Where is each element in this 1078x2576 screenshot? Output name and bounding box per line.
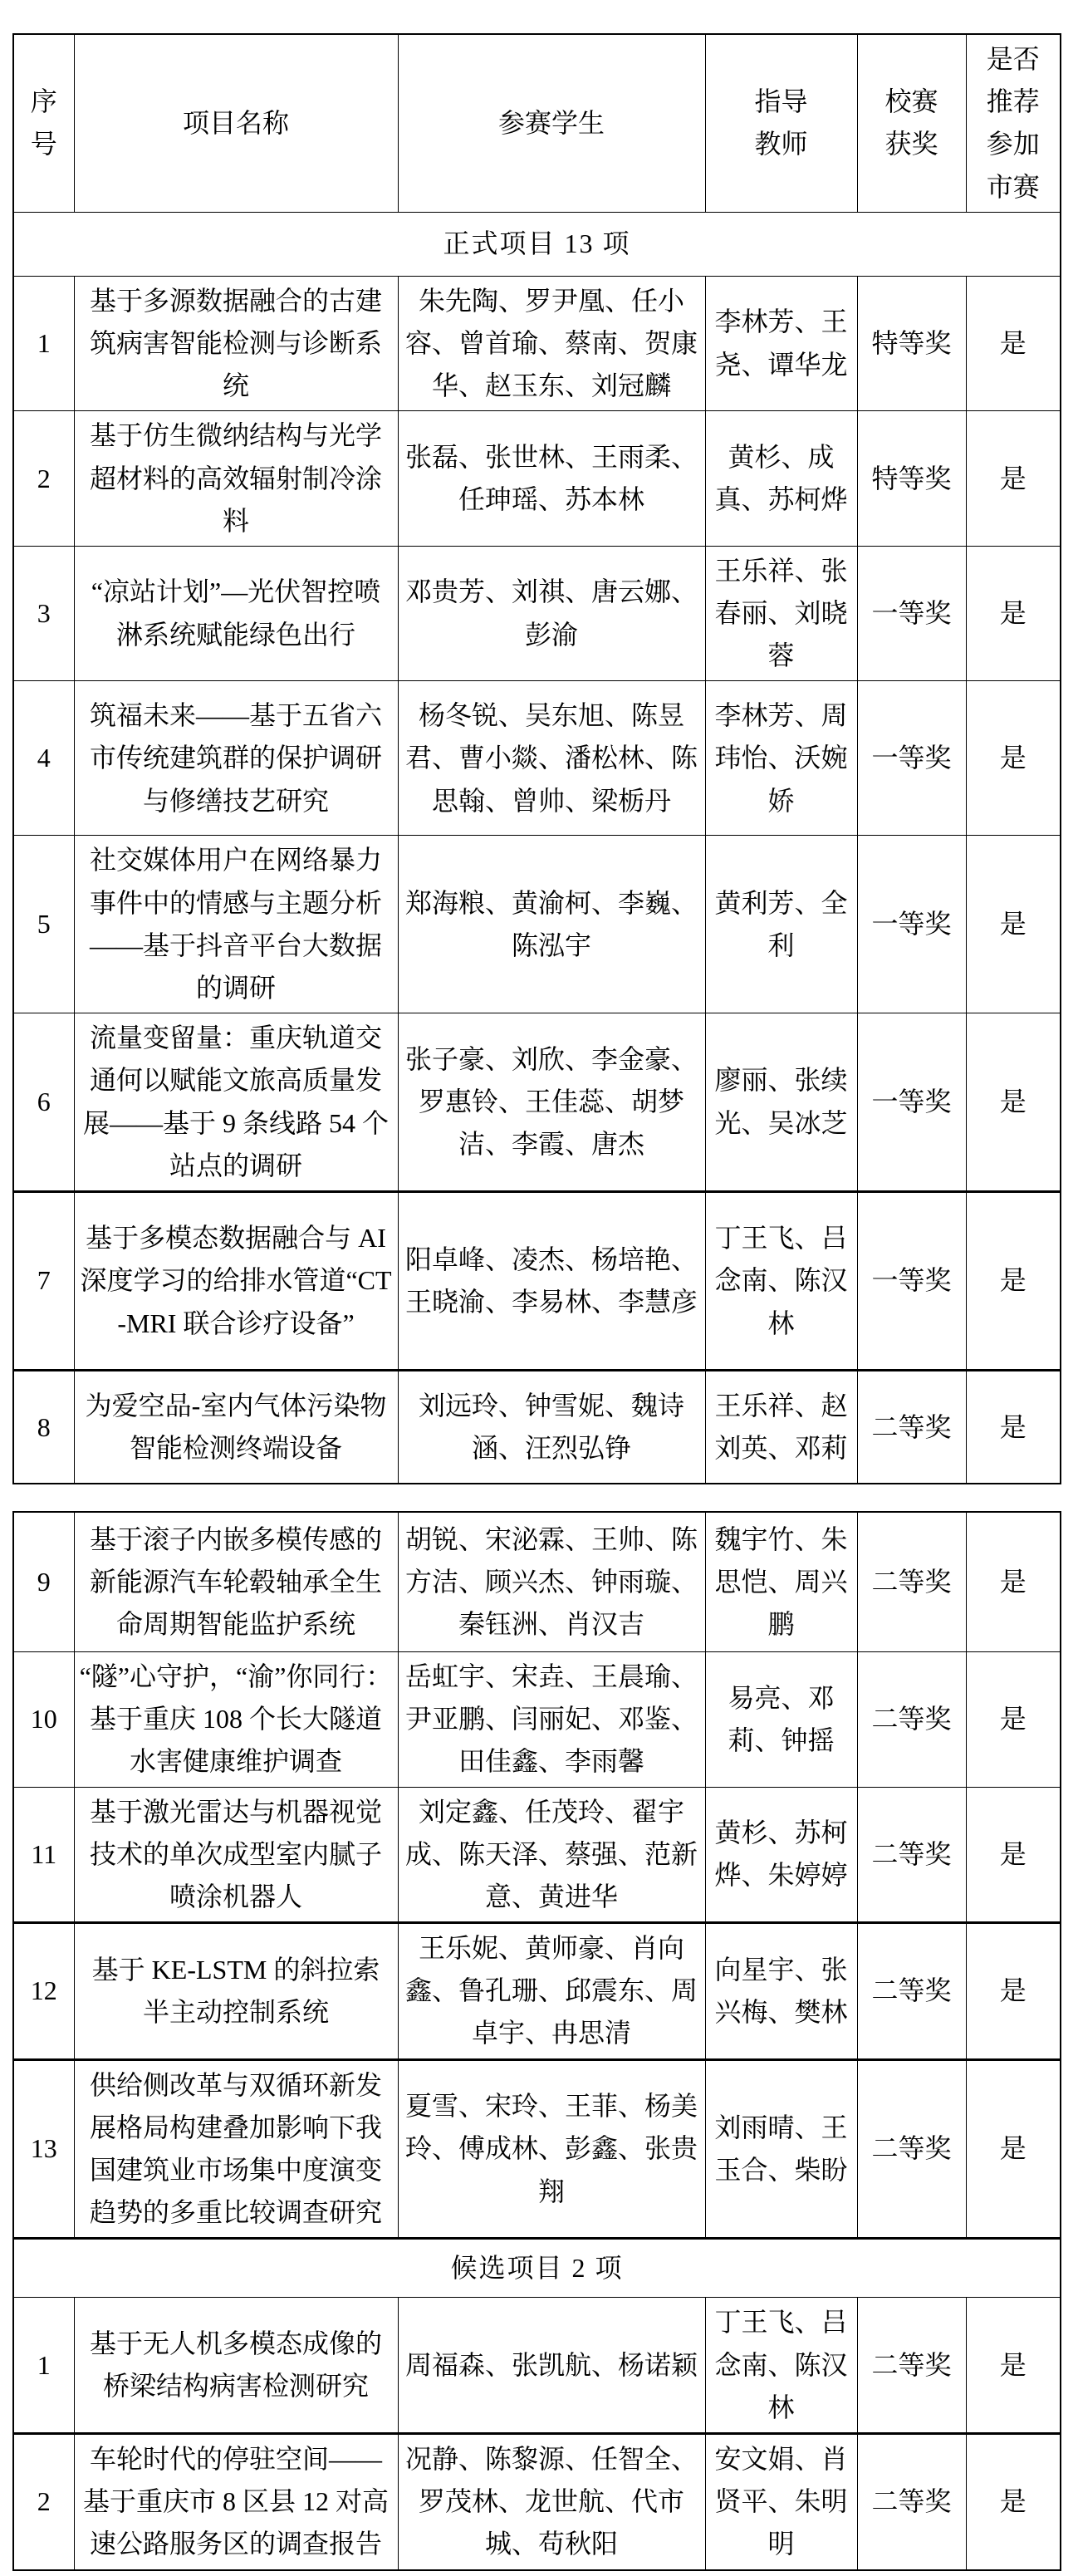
cell-recommend: 是 [966,2433,1061,2569]
awards-table-part1: 序 号 项目名称 参赛学生 指导 教师 校赛 获奖 是否 推荐 参加 市赛 正式… [12,33,1061,1484]
cell-teachers: 魏宇竹、朱思恺、周兴鹏 [705,1512,857,1651]
cell-recommend: 是 [966,1651,1061,1787]
cell-no: 4 [13,681,74,836]
cell-award: 一等奖 [857,1013,966,1192]
cell-project-name: 为爱空品-室内气体污染物智能检测终端设备 [74,1370,398,1484]
cell-award: 一等奖 [857,681,966,836]
cell-teachers: 黄利芳、全利 [705,836,857,1013]
cell-no: 3 [13,546,74,681]
table-row: 7 基于多模态数据融合与 AI 深度学习的给排水管道“CT-MRI 联合诊疗设备… [13,1191,1061,1370]
cell-teachers: 廖丽、张续光、吴冰芝 [705,1013,857,1192]
cell-no: 2 [13,2433,74,2569]
table-row: 8 为爱空品-室内气体污染物智能检测终端设备 刘远玲、钟雪妮、魏诗涵、汪烈弘铮 … [13,1370,1061,1484]
cell-award: 二等奖 [857,1370,966,1484]
cell-students: 邓贵芳、刘祺、唐云娜、彭渝 [398,546,705,681]
table-row: 12 基于 KE-LSTM 的斜拉索半主动控制系统 王乐妮、黄师豪、肖向鑫、鲁孔… [13,1923,1061,2060]
table-row: 1 基于多源数据融合的古建筑病害智能检测与诊断系统 朱先陶、罗尹凰、任小容、曾首… [13,276,1061,411]
cell-project-name: 基于滚子内嵌多模传感的新能源汽车轮毂轴承全生命周期智能监护系统 [74,1512,398,1651]
cell-no: 10 [13,1651,74,1787]
cell-award: 二等奖 [857,1923,966,2060]
table-row: 4 筑福未来——基于五省六市传统建筑群的保护调研与修缮技艺研究 杨冬锐、吴东旭、… [13,681,1061,836]
cell-recommend: 是 [966,1512,1061,1651]
cell-project-name: 社交媒体用户在网络暴力事件中的情感与主题分析——基于抖音平台大数据的调研 [74,836,398,1013]
cell-recommend: 是 [966,1787,1061,1923]
cell-project-name: 基于无人机多模态成像的桥梁结构病害检测研究 [74,2298,398,2434]
cell-award: 特等奖 [857,276,966,411]
cell-award: 一等奖 [857,546,966,681]
cell-students: 夏雪、宋玲、王菲、杨美玲、傅成林、彭鑫、张贵翔 [398,2059,705,2239]
table-row: 6 流量变留量：重庆轨道交通何以赋能文旅高质量发展——基于 9 条线路 54 个… [13,1013,1061,1192]
column-header-project-name: 项目名称 [74,34,398,212]
cell-students: 刘定鑫、任茂玲、翟宇成、陈天泽、蔡强、范新意、黄进华 [398,1787,705,1923]
cell-recommend: 是 [966,2298,1061,2434]
header-row: 序 号 项目名称 参赛学生 指导 教师 校赛 获奖 是否 推荐 参加 市赛 [13,34,1061,212]
cell-recommend: 是 [966,546,1061,681]
cell-students: 张子豪、刘欣、李金豪、罗惠铃、王佳蕊、胡梦洁、李霞、唐杰 [398,1013,705,1192]
table-row: 9 基于滚子内嵌多模传感的新能源汽车轮毂轴承全生命周期智能监护系统 胡锐、宋泌霖… [13,1512,1061,1651]
cell-no: 9 [13,1512,74,1651]
awards-table-part2: 9 基于滚子内嵌多模传感的新能源汽车轮毂轴承全生命周期智能监护系统 胡锐、宋泌霖… [12,1511,1061,2570]
cell-project-name: 车轮时代的停驻空间——基于重庆市 8 区县 12 对高速公路服务区的调查报告 [74,2433,398,2569]
cell-students: 郑海粮、黄渝柯、李巍、陈泓宇 [398,836,705,1013]
cell-award: 二等奖 [857,1787,966,1923]
table-row: 3 “凉站计划”—光伏智控喷淋系统赋能绿色出行 邓贵芳、刘祺、唐云娜、彭渝 王乐… [13,546,1061,681]
cell-recommend: 是 [966,1013,1061,1192]
cell-no: 8 [13,1370,74,1484]
cell-students: 张磊、张世林、王雨柔、任珅瑶、苏本林 [398,411,705,547]
section-row-official: 正式项目 13 项 [13,212,1061,276]
cell-teachers: 安文娟、肖贤平、朱明明 [705,2433,857,2569]
table-row: 13 供给侧改革与双循环新发展格局构建叠加影响下我国建筑业市场集中度演变趋势的多… [13,2059,1061,2239]
cell-recommend: 是 [966,276,1061,411]
cell-students: 王乐妮、黄师豪、肖向鑫、鲁孔珊、邱震东、周卓宇、冉思清 [398,1923,705,2060]
cell-recommend: 是 [966,681,1061,836]
cell-recommend: 是 [966,836,1061,1013]
cell-teachers: 刘雨晴、王玉合、柴盼 [705,2059,857,2239]
cell-award: 二等奖 [857,2059,966,2239]
cell-project-name: 基于多模态数据融合与 AI 深度学习的给排水管道“CT-MRI 联合诊疗设备” [74,1191,398,1370]
cell-project-name: 基于 KE-LSTM 的斜拉索半主动控制系统 [74,1923,398,2060]
table-row: 2 基于仿生微纳结构与光学超材料的高效辐射制冷涂料 张磊、张世林、王雨柔、任珅瑶… [13,411,1061,547]
document-page: 序 号 项目名称 参赛学生 指导 教师 校赛 获奖 是否 推荐 参加 市赛 正式… [0,0,1078,2576]
cell-award: 特等奖 [857,411,966,547]
cell-students: 岳虹宇、宋垚、王晨瑜、尹亚鹏、闫丽妃、邓鉴、田佳鑫、李雨馨 [398,1651,705,1787]
cell-project-name: 筑福未来——基于五省六市传统建筑群的保护调研与修缮技艺研究 [74,681,398,836]
cell-recommend: 是 [966,411,1061,547]
cell-project-name: 供给侧改革与双循环新发展格局构建叠加影响下我国建筑业市场集中度演变趋势的多重比较… [74,2059,398,2239]
cell-teachers: 黄杉、成真、苏柯烨 [705,411,857,547]
column-header-award: 校赛 获奖 [857,34,966,212]
cell-no: 1 [13,2298,74,2434]
cell-project-name: 流量变留量：重庆轨道交通何以赋能文旅高质量发展——基于 9 条线路 54 个站点… [74,1013,398,1192]
cell-teachers: 王乐祥、赵刘英、邓莉 [705,1370,857,1484]
cell-award: 二等奖 [857,2298,966,2434]
cell-no: 11 [13,1787,74,1923]
cell-teachers: 李林芳、王尧、谭华龙 [705,276,857,411]
cell-no: 13 [13,2059,74,2239]
section-row-candidate: 候选项目 2 项 [13,2239,1061,2298]
cell-teachers: 黄杉、苏柯烨、朱婷婷 [705,1787,857,1923]
cell-teachers: 向星宇、张兴梅、樊林 [705,1923,857,2060]
cell-project-name: “隧”心守护，“渝”你同行：基于重庆 108 个长大隧道水害健康维护调查 [74,1651,398,1787]
column-header-students: 参赛学生 [398,34,705,212]
cell-students: 况静、陈黎源、任智全、罗茂林、龙世航、代市城、苟秋阳 [398,2433,705,2569]
cell-no: 6 [13,1013,74,1192]
cell-no: 2 [13,411,74,547]
table-row: 1 基于无人机多模态成像的桥梁结构病害检测研究 周福森、张凯航、杨诺颖 丁王飞、… [13,2298,1061,2434]
table-row: 11 基于激光雷达与机器视觉技术的单次成型室内腻子喷涂机器人 刘定鑫、任茂玲、翟… [13,1787,1061,1923]
cell-teachers: 易亮、邓莉、钟摇 [705,1651,857,1787]
section-title-official: 正式项目 13 项 [13,212,1061,276]
section-title-candidate: 候选项目 2 项 [13,2239,1061,2298]
cell-teachers: 丁王飞、吕念南、陈汉林 [705,2298,857,2434]
table-row: 10 “隧”心守护，“渝”你同行：基于重庆 108 个长大隧道水害健康维护调查 … [13,1651,1061,1787]
cell-teachers: 李林芳、周玮怡、沃婉娇 [705,681,857,836]
cell-recommend: 是 [966,1370,1061,1484]
cell-students: 周福森、张凯航、杨诺颖 [398,2298,705,2434]
cell-recommend: 是 [966,2059,1061,2239]
cell-award: 二等奖 [857,2433,966,2569]
cell-project-name: 基于仿生微纳结构与光学超材料的高效辐射制冷涂料 [74,411,398,547]
cell-project-name: 基于激光雷达与机器视觉技术的单次成型室内腻子喷涂机器人 [74,1787,398,1923]
page-break-gap [12,1484,1061,1511]
cell-students: 刘远玲、钟雪妮、魏诗涵、汪烈弘铮 [398,1370,705,1484]
cell-no: 7 [13,1191,74,1370]
cell-project-name: 基于多源数据融合的古建筑病害智能检测与诊断系统 [74,276,398,411]
cell-no: 5 [13,836,74,1013]
cell-award: 二等奖 [857,1512,966,1651]
column-header-no: 序 号 [13,34,74,212]
cell-students: 杨冬锐、吴东旭、陈昱君、曹小燚、潘松林、陈思翰、曾帅、梁栃丹 [398,681,705,836]
cell-recommend: 是 [966,1191,1061,1370]
cell-no: 1 [13,276,74,411]
cell-award: 二等奖 [857,1651,966,1787]
cell-teachers: 王乐祥、张春丽、刘晓蓉 [705,546,857,681]
cell-award: 一等奖 [857,1191,966,1370]
cell-project-name: “凉站计划”—光伏智控喷淋系统赋能绿色出行 [74,546,398,681]
column-header-recommend: 是否 推荐 参加 市赛 [966,34,1061,212]
table-row: 5 社交媒体用户在网络暴力事件中的情感与主题分析——基于抖音平台大数据的调研 郑… [13,836,1061,1013]
cell-award: 一等奖 [857,836,966,1013]
cell-students: 阳卓峰、凌杰、杨培艳、王晓渝、李易林、李慧彦 [398,1191,705,1370]
cell-no: 12 [13,1923,74,2060]
cell-teachers: 丁王飞、吕念南、陈汉林 [705,1191,857,1370]
column-header-teachers: 指导 教师 [705,34,857,212]
table-row: 2 车轮时代的停驻空间——基于重庆市 8 区县 12 对高速公路服务区的调查报告… [13,2433,1061,2569]
cell-recommend: 是 [966,1923,1061,2060]
cell-students: 胡锐、宋泌霖、王帅、陈方洁、顾兴杰、钟雨璇、秦钰洲、肖汉吉 [398,1512,705,1651]
cell-students: 朱先陶、罗尹凰、任小容、曾首瑜、蔡南、贺康华、赵玉东、刘冠麟 [398,276,705,411]
